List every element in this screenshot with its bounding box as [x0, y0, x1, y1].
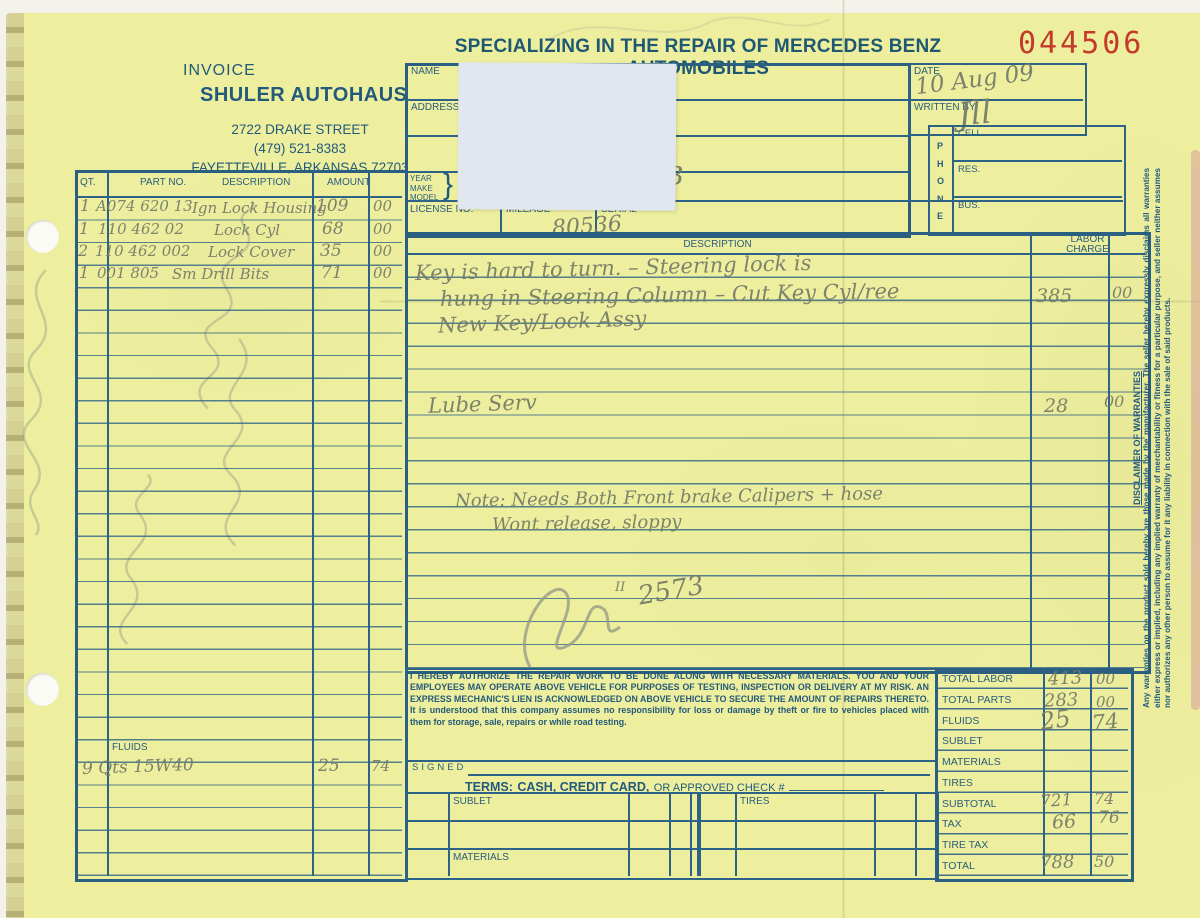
- parts-cents: 00: [373, 264, 392, 282]
- parts-desc: Lock Cyl: [214, 221, 280, 239]
- company-address1: 2722 DRAKE STREET: [155, 120, 445, 139]
- hole-punch: [26, 220, 59, 253]
- totals-label: SUBTOTAL: [942, 798, 996, 810]
- totals-label: TOTAL PARTS: [942, 694, 1011, 706]
- totals-label: TOTAL: [942, 860, 975, 872]
- bus-label: BUS.: [958, 200, 980, 211]
- company-phone: (479) 521-8383: [155, 139, 445, 158]
- totals-cents: 50: [1094, 852, 1114, 871]
- parts-amt: 71: [321, 263, 343, 283]
- totals-label: TIRE TAX: [942, 839, 988, 851]
- authorization-text: I HEREBY AUTHORIZE THE REPAIR WORK TO BE…: [410, 671, 929, 728]
- res-label: RES.: [958, 164, 980, 175]
- terms-check-line: [789, 790, 884, 791]
- address-label: ADDRESS: [411, 102, 459, 113]
- totals-label: SUBLET: [942, 735, 983, 747]
- totals-cents: 76: [1098, 808, 1120, 828]
- hole-punch: [26, 673, 59, 706]
- totals-cents: 74: [1094, 789, 1114, 808]
- work-lube-line: Lube Serv: [428, 390, 538, 418]
- part-no-header: PART NO.: [140, 177, 186, 188]
- disclaimer-title: DISCLAIMER OF WARRANTIES: [1132, 168, 1142, 708]
- totals-amt: 413: [1047, 667, 1082, 690]
- redaction-overlay: [457, 62, 676, 211]
- work-line2-amt: 385: [1036, 285, 1072, 307]
- parts-cents: 00: [373, 220, 392, 238]
- make-label: MAKE: [410, 184, 438, 194]
- totals-amt: 788: [1040, 851, 1075, 873]
- phone-box: [928, 125, 1126, 236]
- work-lube-amt: 28: [1044, 395, 1068, 417]
- totals-cents: 00: [1096, 670, 1115, 688]
- parts-partno: 110 462 002: [95, 242, 190, 260]
- parts-partno: 001 805: [97, 264, 159, 282]
- signed-label: SIGNED: [412, 762, 466, 773]
- parts-amt: 35: [320, 241, 342, 261]
- totals-cents: 74: [1091, 709, 1120, 736]
- parts-cents: 00: [373, 197, 392, 215]
- work-description-header: DESCRIPTION: [405, 239, 1030, 250]
- year-label: YEAR: [410, 174, 438, 184]
- totals-label: MATERIALS: [942, 756, 1001, 768]
- totals-amt: 721: [1039, 790, 1073, 812]
- parts-desc: Ign Lock Housing: [192, 199, 327, 217]
- tires-grid-label: TIRES: [740, 796, 769, 807]
- parts-amt: 68: [322, 219, 344, 239]
- parts-qt: 1: [80, 196, 90, 215]
- parts-qt: 1: [79, 219, 89, 238]
- parts-desc: Sm Drill Bits: [172, 265, 269, 283]
- form-number: 044506: [1018, 26, 1144, 61]
- totals-amt: 25: [1038, 704, 1072, 736]
- parts-desc: Lock Cover: [208, 243, 294, 261]
- labor-header-line2: CHARGE: [1030, 245, 1145, 255]
- totals-label: TOTAL LABOR: [942, 673, 1013, 685]
- totals-amt: 66: [1051, 810, 1076, 833]
- brace-glyph: }: [443, 168, 453, 202]
- fluids-amt-handwriting: 25: [318, 756, 340, 776]
- parts-cents: 00: [373, 242, 392, 260]
- qt-header: QT.: [80, 177, 96, 188]
- parts-qt: 2: [78, 241, 88, 260]
- pencil-scribble: [6, 260, 76, 540]
- parts-partno: A074 620 13: [96, 197, 193, 215]
- totals-label: FLUIDS: [942, 715, 979, 727]
- fluids-cents-handwriting: 74: [371, 757, 390, 775]
- fluids-entry-handwriting: 9 Qts 15W40: [82, 755, 194, 779]
- invoice-label: INVOICE: [183, 62, 256, 80]
- parts-partno: 110 462 02: [98, 220, 184, 238]
- work-line2-cents: 00: [1112, 283, 1132, 302]
- amount-header: AMOUNT: [327, 177, 370, 188]
- work-lube-cents: 00: [1104, 392, 1124, 411]
- scribble-prefix: II: [615, 580, 625, 595]
- parts-amt: 109: [316, 196, 348, 216]
- materials-grid-label: MATERIALS: [453, 852, 509, 863]
- signed-line: [468, 774, 930, 776]
- cell-label: CELL: [958, 128, 982, 139]
- name-label: NAME: [411, 66, 440, 77]
- model-label: MODEL: [410, 193, 438, 203]
- work-note2: Wont release, sloppy: [492, 511, 682, 535]
- fluids-section-label: FLUIDS: [112, 742, 148, 753]
- disclaimer-block: DISCLAIMER OF WARRANTIES Any warranties …: [1132, 168, 1190, 708]
- paper-under-edge: [1191, 150, 1200, 710]
- company-name: SHULER AUTOHAUS: [200, 84, 408, 107]
- totals-label: TAX: [942, 818, 962, 830]
- disclaimer-body: Any warranties on the product sold hereb…: [1142, 168, 1174, 708]
- parts-qt: 1: [79, 263, 89, 282]
- phone-vertical-label: PHONE: [937, 138, 948, 226]
- parts-description-header: DESCRIPTION: [222, 177, 290, 188]
- totals-label: TIRES: [942, 777, 973, 789]
- sublet-grid-label: SUBLET: [453, 796, 492, 807]
